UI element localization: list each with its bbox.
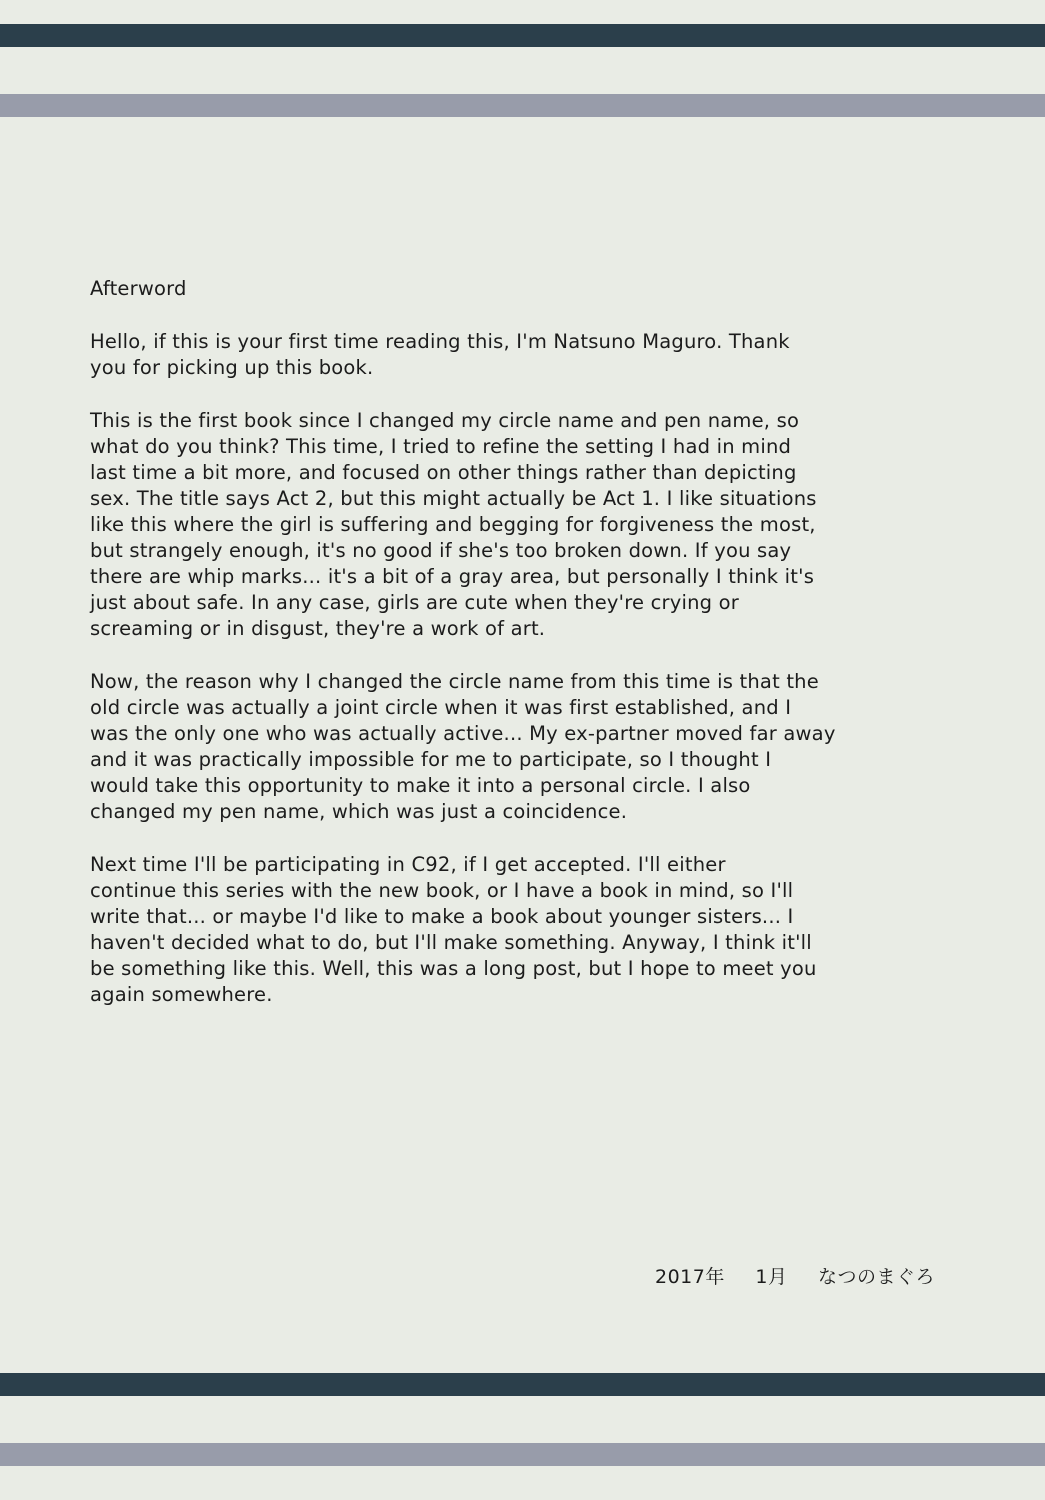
signature-year: 2017年 bbox=[655, 1266, 725, 1288]
top-dark-stripe bbox=[0, 24, 1045, 47]
afterword-body: Afterword Hello, if this is your first t… bbox=[90, 276, 970, 1035]
text-line: screaming or in disgust, they're a work … bbox=[90, 616, 970, 642]
text-line: Now, the reason why I changed the circle… bbox=[90, 669, 970, 695]
text-line: last time a bit more, and focused on oth… bbox=[90, 460, 970, 486]
text-line: changed my pen name, which was just a co… bbox=[90, 799, 970, 825]
text-line: Next time I'll be participating in C92, … bbox=[90, 852, 970, 878]
bottom-dark-stripe bbox=[0, 1373, 1045, 1396]
paragraph-circle-name: Now, the reason why I changed the circle… bbox=[90, 669, 970, 825]
text-line: haven't decided what to do, but I'll mak… bbox=[90, 930, 970, 956]
text-line: continue this series with the new book, … bbox=[90, 878, 970, 904]
text-line: write that... or maybe I'd like to make … bbox=[90, 904, 970, 930]
text-line: what do you think? This time, I tried to… bbox=[90, 434, 970, 460]
text-line: just about safe. In any case, girls are … bbox=[90, 590, 970, 616]
bottom-grey-stripe bbox=[0, 1443, 1045, 1466]
text-line: would take this opportunity to make it i… bbox=[90, 773, 970, 799]
text-line: you for picking up this book. bbox=[90, 355, 970, 381]
signature-month: 1月 bbox=[755, 1266, 787, 1288]
text-line: sex. The title says Act 2, but this migh… bbox=[90, 486, 970, 512]
top-grey-stripe bbox=[0, 94, 1045, 117]
paragraph-next-time: Next time I'll be participating in C92, … bbox=[90, 852, 970, 1008]
text-line: there are whip marks... it's a bit of a … bbox=[90, 564, 970, 590]
afterword-heading: Afterword bbox=[90, 276, 970, 302]
text-line: like this where the girl is suffering an… bbox=[90, 512, 970, 538]
paragraph-greeting: Hello, if this is your first time readin… bbox=[90, 329, 970, 381]
text-line: old circle was actually a joint circle w… bbox=[90, 695, 970, 721]
text-line: and it was practically impossible for me… bbox=[90, 747, 970, 773]
text-line: but strangely enough, it's no good if sh… bbox=[90, 538, 970, 564]
paragraph-about-book: This is the first book since I changed m… bbox=[90, 408, 970, 642]
text-line: Hello, if this is your first time readin… bbox=[90, 329, 970, 355]
text-line: was the only one who was actually active… bbox=[90, 721, 970, 747]
text-line: again somewhere. bbox=[90, 982, 970, 1008]
signature-line: 2017年 1月 なつのまぐろ bbox=[655, 1262, 935, 1289]
text-line: be something like this. Well, this was a… bbox=[90, 956, 970, 982]
text-line: This is the first book since I changed m… bbox=[90, 408, 970, 434]
signature-author: なつのまぐろ bbox=[818, 1266, 935, 1288]
